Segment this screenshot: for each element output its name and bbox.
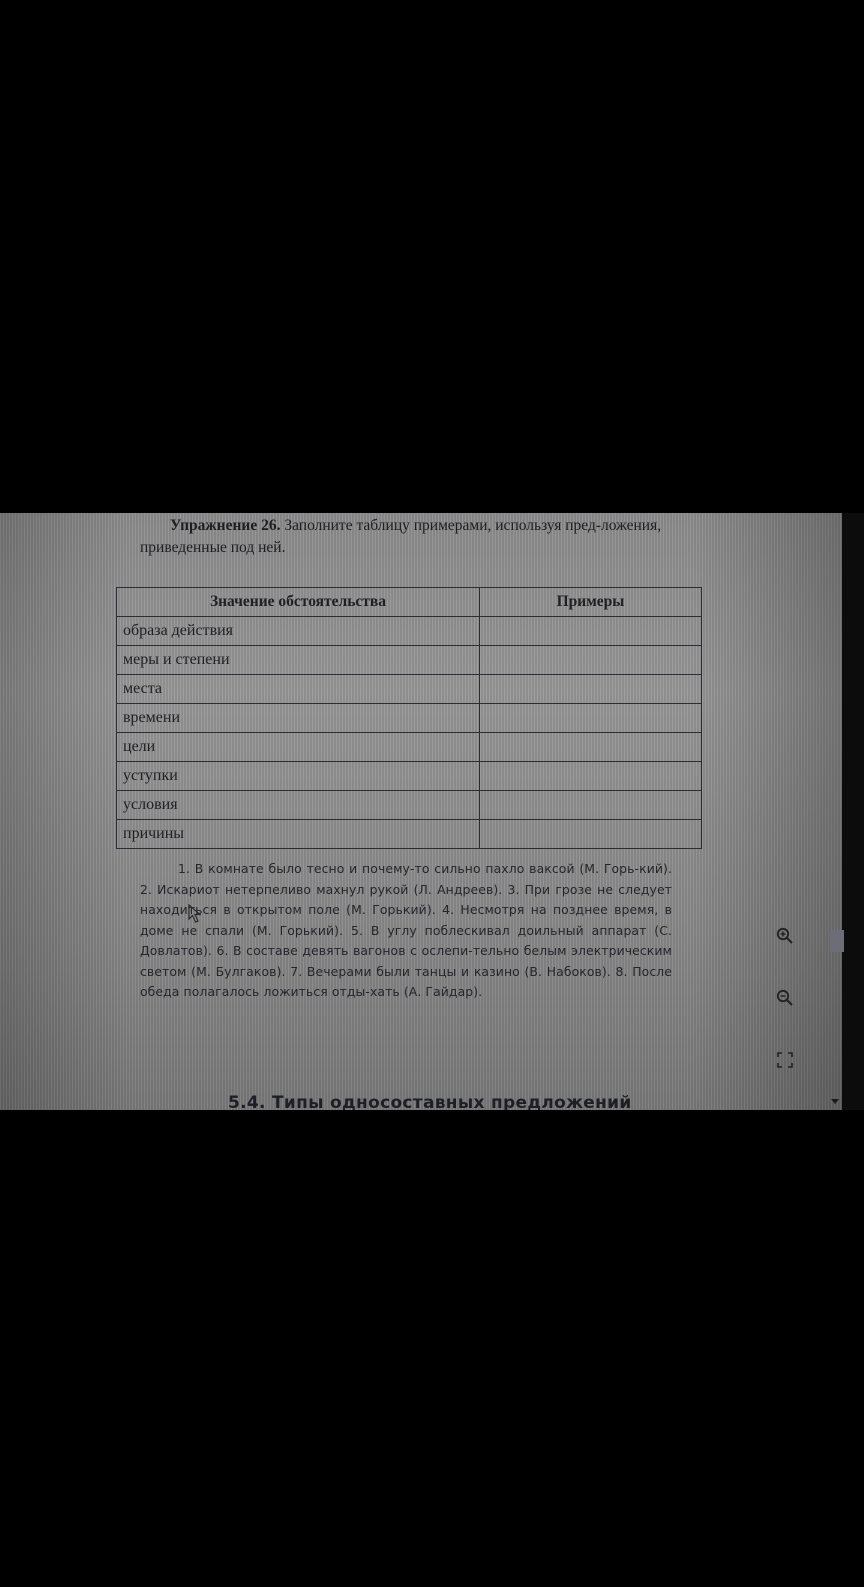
zoom-in-icon [776, 927, 794, 945]
zoom-out-icon [776, 989, 794, 1007]
table-row: образа действия [117, 617, 702, 646]
example-sentences: 1. В комнате было тесно и почему-то силь… [140, 859, 672, 1003]
exercise-title: Упражнение 26. Заполните таблицу примера… [140, 515, 685, 559]
meaning-cell: уступки [117, 762, 480, 791]
meaning-cell: условия [117, 791, 480, 820]
meaning-cell: места [117, 675, 480, 704]
meaning-cell: времени [117, 704, 480, 733]
meaning-cell: цели [117, 733, 480, 762]
zoom-out-button[interactable] [772, 985, 798, 1011]
examples-cell[interactable] [480, 675, 702, 704]
meaning-cell: образа действия [117, 617, 480, 646]
examples-cell[interactable] [480, 762, 702, 791]
mouse-cursor-icon [188, 904, 202, 924]
examples-cell[interactable] [480, 617, 702, 646]
header-examples: Примеры [480, 588, 702, 617]
examples-cell[interactable] [480, 733, 702, 762]
fullscreen-icon [777, 1052, 793, 1068]
table-row: времени [117, 704, 702, 733]
table-row: уступки [117, 762, 702, 791]
table-row: места [117, 675, 702, 704]
fullscreen-button[interactable] [772, 1047, 798, 1073]
table-row: условия [117, 791, 702, 820]
table-row: меры и степени [117, 646, 702, 675]
adverbial-meaning-table: Значение обстоятельства Примеры образа д… [116, 587, 702, 849]
meaning-cell: причины [117, 820, 480, 849]
screen-edge [842, 513, 864, 1110]
table-row: причины [117, 820, 702, 849]
next-section-heading: 5.4. Типы односоставных предложений [228, 1093, 632, 1110]
table-header-row: Значение обстоятельства Примеры [117, 588, 702, 617]
scrollbar-thumb[interactable] [830, 930, 844, 952]
zoom-in-button[interactable] [772, 923, 798, 949]
examples-cell[interactable] [480, 704, 702, 733]
examples-cell[interactable] [480, 820, 702, 849]
header-meaning: Значение обстоятельства [117, 588, 480, 617]
examples-cell[interactable] [480, 791, 702, 820]
exercise-label: Упражнение 26. [170, 517, 280, 534]
examples-cell[interactable] [480, 646, 702, 675]
photo-of-textbook-page: Упражнение 26. Заполните таблицу примера… [0, 513, 864, 1110]
scroll-down-arrow-icon[interactable] [831, 1099, 839, 1104]
table-row: цели [117, 733, 702, 762]
viewer-toolbar [772, 923, 802, 1073]
meaning-cell: меры и степени [117, 646, 480, 675]
